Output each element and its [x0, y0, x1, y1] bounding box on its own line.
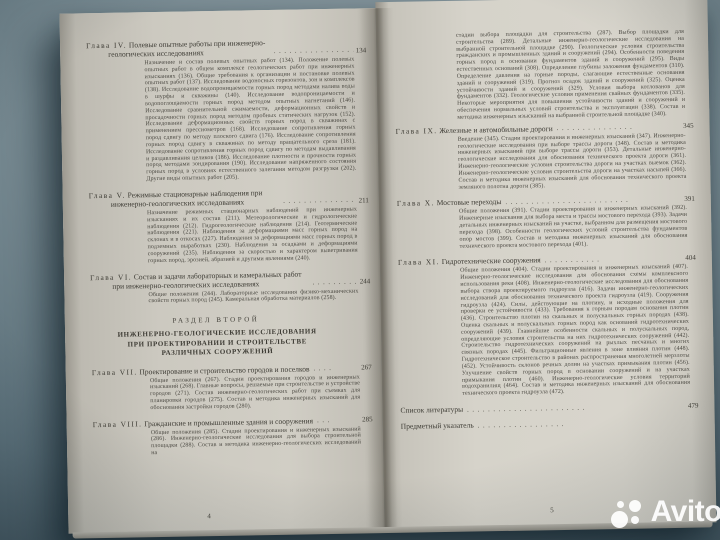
- back-matter-row: Предметный указатель . . . . . . . . . .…: [401, 417, 699, 431]
- dot-leader: . . . . . . . . . . . . . . . . . . . . …: [467, 403, 685, 414]
- chapter-label: Глава XI.: [398, 257, 440, 267]
- book-right-page: стадии выбора площадки для строительства…: [375, 0, 716, 528]
- toc-entry: Глава VIII. Гражданские и промышленные з…: [93, 415, 374, 458]
- chapter-title: Режимные стационарные наблюдения при инж…: [111, 188, 263, 209]
- chapter-label: Глава X.: [397, 199, 435, 209]
- chapter-summary: Общие положения (404). Стадии проектиров…: [460, 264, 690, 398]
- right-page-number: 5: [550, 506, 554, 514]
- chapter-page-number: 134: [356, 46, 367, 55]
- toc-entry-heading: Глава IV. Полевые опытные работы при инж…: [86, 36, 366, 59]
- chapter-title-block: Глава X. Мостовые переходы: [397, 197, 502, 208]
- chapter-label: Глава IX.: [396, 126, 438, 136]
- left-toc-list: Глава IV. Полевые опытные работы при инж…: [86, 36, 371, 306]
- toc-entry: Глава VI. Состав и задачи лабораторных и…: [90, 268, 371, 307]
- chapter-summary: Общие положения (391). Стадии проектиров…: [459, 205, 688, 250]
- chapter-page-number: 211: [358, 196, 368, 205]
- chapter-page-number: 345: [683, 122, 694, 131]
- avito-logo-icon: [610, 492, 646, 536]
- dot-leader: . . . . . . . . . . . . . . .: [313, 278, 357, 287]
- chapter-title-block: Глава VI. Состав и задачи лабораторных и…: [90, 269, 309, 291]
- back-matter-title: Предметный указатель: [401, 421, 474, 431]
- toc-entry: Глава IV. Полевые опытные работы при инж…: [86, 36, 368, 184]
- dot-leader: . . .: [317, 416, 359, 425]
- dot-leader: . . . . . . . . . . . . . . .: [557, 123, 681, 133]
- chapter-title-block: Глава IV. Полевые опытные работы при инж…: [86, 38, 270, 59]
- left-toc-list-2: Глава VII. Проектирование и строительств…: [92, 363, 374, 458]
- chapter-page-number: 404: [685, 254, 696, 263]
- chapter-label: Глава VII.: [92, 367, 138, 377]
- chapter-summary: Введение (345). Стадии проектирования и …: [458, 133, 687, 192]
- chapter-summary: Назначение режимных стационарных наблюде…: [147, 206, 358, 264]
- back-matter-list: Список литературы . . . . . . . . . . . …: [400, 401, 698, 431]
- chapter-page-number: 391: [684, 195, 695, 204]
- toc-entry-heading: Глава VI. Состав и задачи лабораторных и…: [90, 268, 370, 291]
- right-toc-list: Глава IX. Железные и автомобильные дорог…: [396, 121, 699, 398]
- chapter-title: Мостовые переходы: [437, 197, 502, 207]
- chapter-page-number: 267: [361, 363, 372, 372]
- chapter-title-block: Глава XI. Гидротехнические сооружения: [398, 256, 541, 267]
- chapter-summary: Общие положения (244). Лабораторные иссл…: [148, 288, 358, 305]
- chapter-title-block: Глава V. Режимные стационарные наблюдени…: [89, 188, 280, 209]
- chapter-title: Состав и задачи лабораторных и камеральн…: [112, 269, 301, 290]
- chapter-summary: Общие положения (267). Стадии проектиров…: [150, 374, 361, 412]
- toc-entry: Глава XI. Гидротехнические сооружения . …: [398, 253, 698, 399]
- chapter-label: Глава VIII.: [93, 419, 143, 429]
- chapter-summary: Назначение и состав полевых опытных рабо…: [144, 57, 356, 184]
- open-book: Глава IV. Полевые опытные работы при инж…: [60, 2, 717, 533]
- chapter-title: Железные и автомобильные дороги: [439, 124, 552, 135]
- section-title: ИНЖЕНЕРНО-ГЕОЛОГИЧЕСКИЕ ИССЛЕДОВАНИЯ ПРИ…: [97, 327, 337, 359]
- dot-leader: . . . . . . . . . . . . . . . . . . . . …: [274, 47, 353, 56]
- toc-entry: Глава IX. Железные и автомобильные дорог…: [396, 121, 695, 192]
- dot-leader: . . . . . . . . . . . . . . . . . . . . …: [283, 197, 355, 206]
- back-matter-title: Список литературы: [400, 405, 463, 415]
- continuation-paragraph: стадии выбора площадки для строительства…: [456, 29, 686, 122]
- avito-wordmark: Avito: [651, 497, 720, 531]
- chapter-title: Гражданские и промышленные здания и соор…: [144, 416, 313, 428]
- chapter-title: Проектирование и строительство городов и…: [139, 364, 309, 376]
- chapter-page-number: 244: [360, 277, 371, 286]
- chapter-title-block: Глава IX. Железные и автомобильные дорог…: [396, 124, 553, 136]
- back-matter-page-number: 479: [688, 402, 699, 410]
- chapter-title: Гидротехнические сооружения: [442, 256, 541, 267]
- chapter-title: Полевые опытные работы при инженерно-гео…: [108, 38, 265, 59]
- toc-entry: Глава X. Мостовые переходы . . . . . . .…: [397, 194, 696, 251]
- back-matter-row: Список литературы . . . . . . . . . . . …: [400, 401, 698, 415]
- section-kicker: РАЗДЕЛ ВТОРОЙ: [91, 314, 341, 326]
- dot-leader: . . . . . . . . . . .: [545, 254, 683, 264]
- left-page-number: 4: [207, 512, 211, 520]
- chapter-summary: Общие положения (285). Стадии проектиров…: [151, 426, 361, 457]
- toc-entry: Глава VII. Проектирование и строительств…: [92, 363, 373, 413]
- toc-entry: Глава V. Режимные стационарные наблюдени…: [89, 186, 370, 266]
- avito-watermark: Avito: [610, 492, 720, 536]
- dot-leader: . . . .: [313, 364, 358, 373]
- toc-entry-heading: Глава V. Режимные стационарные наблюдени…: [89, 186, 369, 209]
- book-left-page: Глава IV. Полевые опытные работы при инж…: [60, 8, 385, 533]
- dot-leader: . . . . . . . . . . . . . . . . .: [478, 419, 696, 430]
- chapter-page-number: 285: [362, 416, 373, 425]
